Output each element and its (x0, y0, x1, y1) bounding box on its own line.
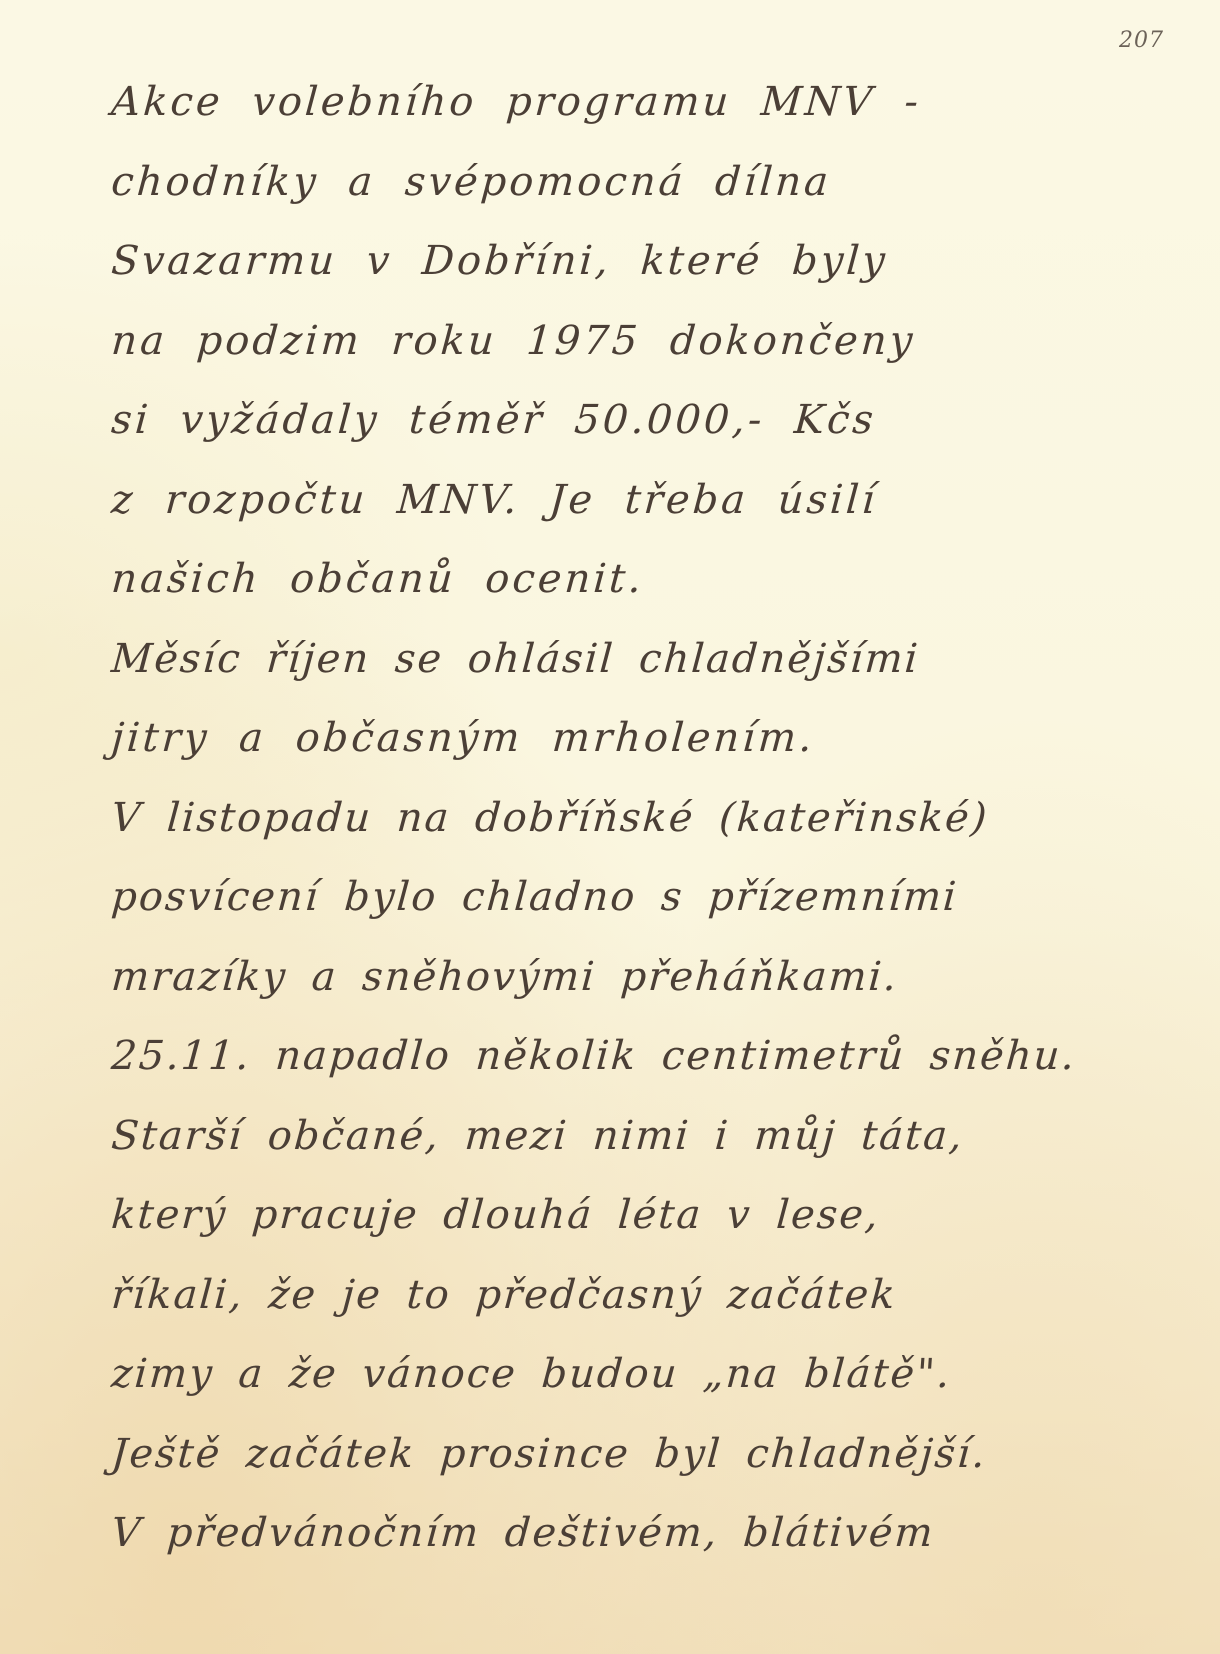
text-line: 25.11. napadlo několik centimetrů sněhu. (108, 1026, 1194, 1106)
text-line: V listopadu na dobříňské (kateřinské) (108, 788, 1194, 868)
text-line: Starší občané, mezi nimi i můj táta, (108, 1106, 1194, 1186)
text-line: který pracuje dlouhá léta v lese, (108, 1185, 1194, 1265)
text-line: jitry a občasným mrholením. (108, 708, 1194, 788)
document-page: 207 Akce volebního programu MNV - chodní… (0, 0, 1220, 1654)
text-line: mrazíky a sněhovými přeháňkami. (108, 947, 1194, 1027)
text-line: Svazarmu v Dobříni, které byly (108, 231, 1194, 311)
handwritten-text-body: Akce volebního programu MNV - chodníky a… (108, 72, 1188, 1583)
text-line: si vyžádaly téměř 50.000,- Kčs (108, 390, 1194, 470)
text-line: Měsíc říjen se ohlásil chladnějšími (108, 629, 1194, 709)
text-line: našich občanů ocenit. (108, 549, 1194, 629)
text-line: posvícení bylo chladno s přízemními (108, 867, 1194, 947)
text-line: Ještě začátek prosince byl chladnější. (108, 1424, 1194, 1504)
page-number: 207 (1119, 28, 1164, 53)
text-line: z rozpočtu MNV. Je třeba úsilí (108, 470, 1194, 550)
text-line: říkali, že je to předčasný začátek (108, 1265, 1194, 1345)
text-line: V předvánočním deštivém, blátivém (108, 1503, 1194, 1583)
text-line: Akce volebního programu MNV - (108, 72, 1194, 152)
text-line: na podzim roku 1975 dokončeny (108, 311, 1194, 391)
text-line: zimy a že vánoce budou „na blátě". (108, 1344, 1194, 1424)
text-line: chodníky a svépomocná dílna (108, 152, 1194, 232)
